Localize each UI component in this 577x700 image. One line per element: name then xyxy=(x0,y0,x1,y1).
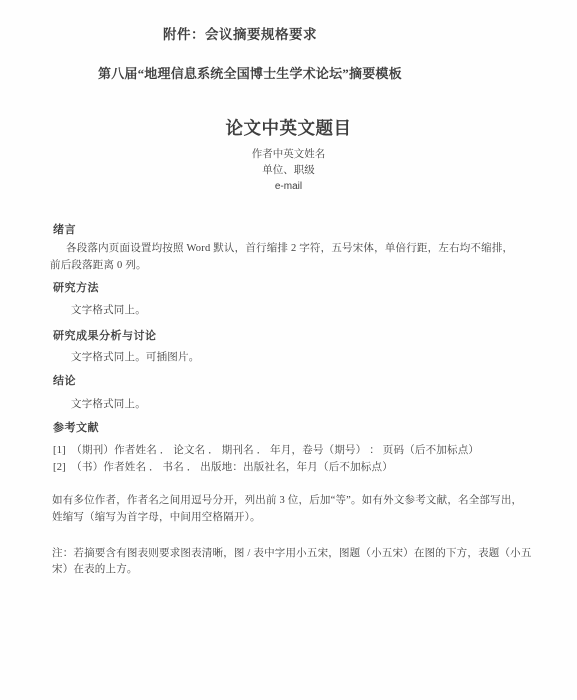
conclusion-paragraph-line-1: 文字格式同上。 xyxy=(71,399,146,412)
paper-title: 论文中英文题目 xyxy=(0,118,577,139)
section-heading-results: 研究成果分析与讨论 xyxy=(53,330,157,343)
template-heading: 第八届“地理信息系统全国博士生学术论坛”摘要模板 xyxy=(98,66,402,82)
results-paragraph-line-1: 文字格式同上。可插图片。 xyxy=(71,352,199,365)
section-heading-intro: 绪言 xyxy=(53,224,76,237)
email-line: e-mail xyxy=(0,181,577,193)
attachment-heading: 附件：会议摘要规格要求 xyxy=(163,27,317,43)
author-note-line-1: 如有多位作者，作者名之间用逗号分开，列出前 3 位，后加“等”。如有外文参考文献… xyxy=(52,495,522,508)
section-heading-methods: 研究方法 xyxy=(53,282,99,295)
figure-note-line-1: 注：若摘要含有图表则要求图表清晰，图 / 表中字用小五宋，图题（小五宋）在图的下… xyxy=(52,548,532,561)
intro-paragraph-line-2: 前后段落距离 0 列。 xyxy=(50,260,147,273)
author-note-line-2: 姓缩写（缩写为首字母，中间用空格隔开）。 xyxy=(52,512,261,525)
figure-note-line-2: 宋）在表的上方。 xyxy=(52,564,138,577)
reference-item-2: [2] （书）作者姓名 ． 书名 ． 出版地：出版社名，年月（后不加标点） xyxy=(53,462,393,475)
reference-item-1: [1] （期刊）作者姓名 ． 论文名 ． 期刊名 ． 年月，卷号（期号） ： 页… xyxy=(53,445,479,458)
affiliation-line: 单位、职级 xyxy=(0,165,577,178)
methods-paragraph-line-1: 文字格式同上。 xyxy=(71,305,146,318)
intro-paragraph-line-1: 各段落内页面设置均按照 Word 默认，首行缩排 2 字符，五号宋体，单倍行距，… xyxy=(66,243,513,256)
author-line: 作者中英文姓名 xyxy=(0,149,577,162)
abstract-template-page: 附件：会议摘要规格要求 第八届“地理信息系统全国博士生学术论坛”摘要模板 论文中… xyxy=(0,0,577,700)
section-heading-references: 参考文献 xyxy=(53,422,99,435)
section-heading-conclusion: 结论 xyxy=(53,375,76,388)
